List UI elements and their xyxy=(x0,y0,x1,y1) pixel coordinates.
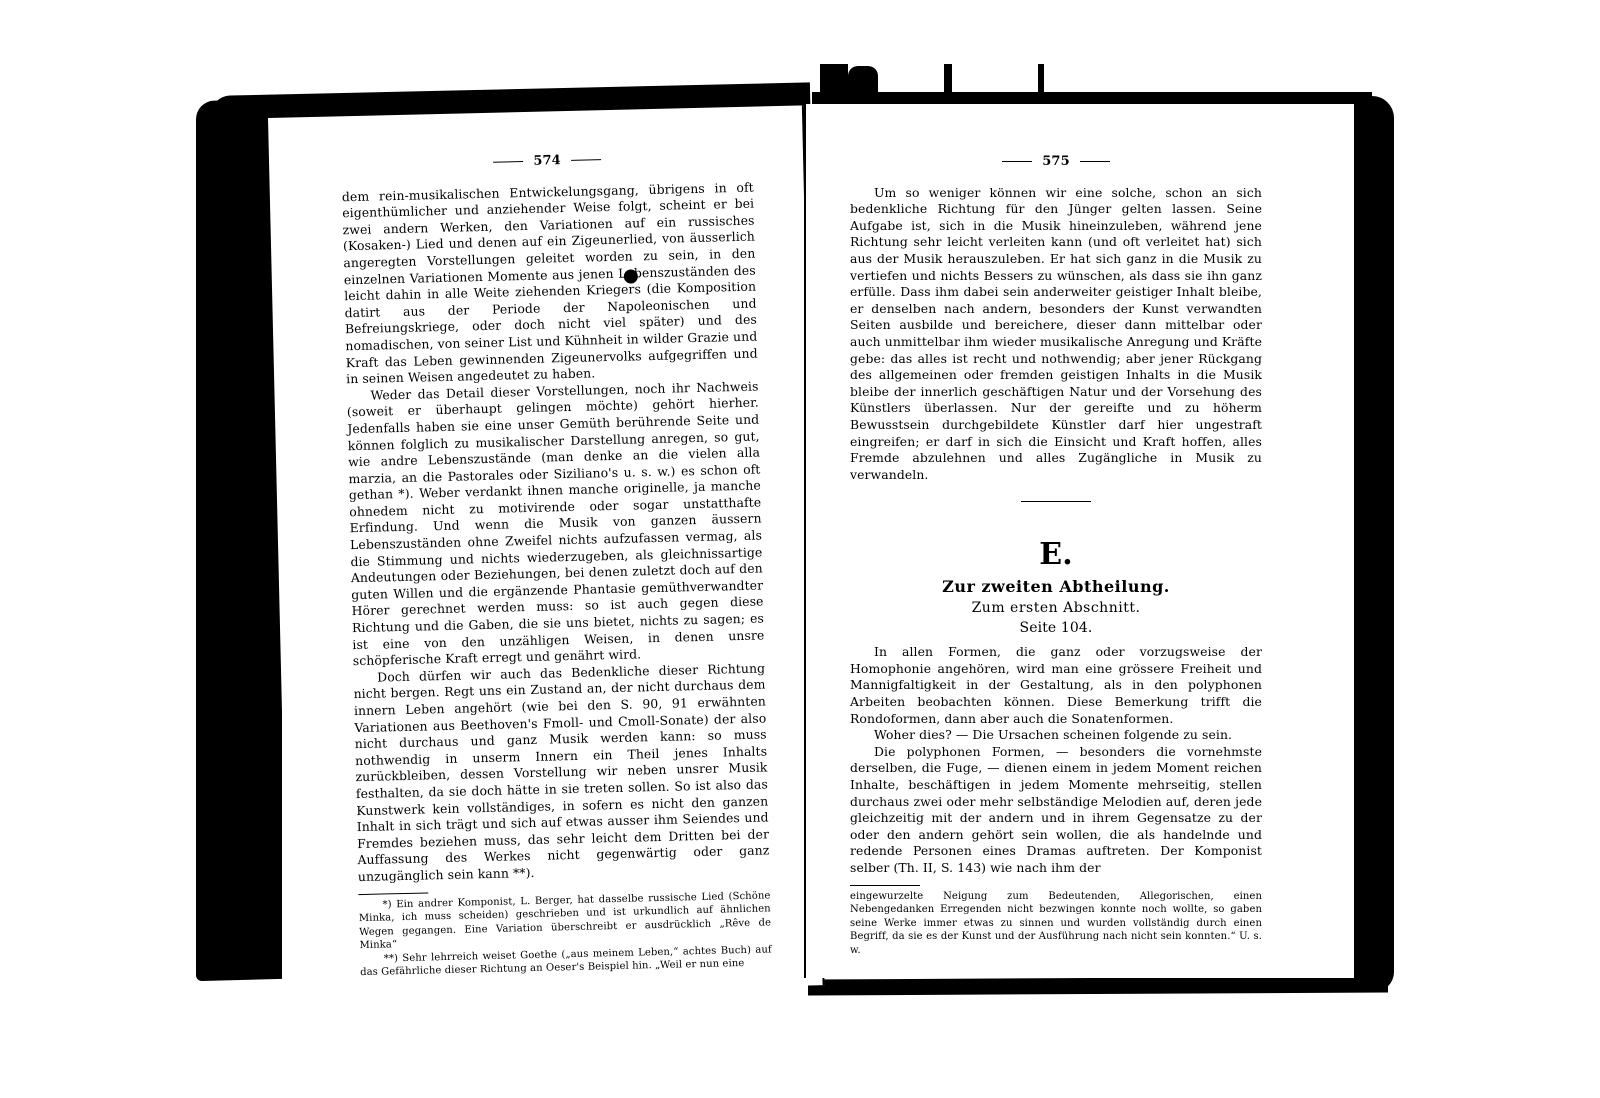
left-page: 574 dem rein-musikalischen Entwickelungs… xyxy=(268,105,825,997)
paragraph: In allen Formen, die ganz oder vorzugswe… xyxy=(850,644,1262,727)
bookmark-tab xyxy=(944,64,952,104)
right-page-body: 575 Um so weniger können wir eine solche… xyxy=(850,154,1262,957)
book-edge-left xyxy=(196,99,282,981)
book-edge-bottom xyxy=(808,976,1388,995)
section-page-reference: Seite 104. xyxy=(850,618,1262,638)
paragraph: Um so weniger können wir eine solche, sc… xyxy=(850,185,1262,484)
footnote-rule xyxy=(850,885,920,886)
folio-dash xyxy=(493,161,523,163)
left-page-body: 574 dem rein-musikalischen Entwickelungs… xyxy=(341,149,772,980)
paragraph: dem rein-musikalischen Entwickelungsgang… xyxy=(342,179,759,388)
scanned-book-spread: 574 dem rein-musikalischen Entwickelungs… xyxy=(0,0,1600,1098)
page-number: 574 xyxy=(341,149,753,175)
appendix-letter: E. xyxy=(850,538,1262,572)
footnote-rule xyxy=(358,892,428,895)
right-page: 575 Um so weniger können wir eine solche… xyxy=(804,104,1354,978)
footnote: *) Ein andrer Komponist, L. Berger, hat … xyxy=(358,889,771,953)
folio-dash xyxy=(1002,161,1032,162)
section-subtitle: Zum ersten Abschnitt. xyxy=(850,598,1262,618)
folio-dash xyxy=(571,159,601,161)
bookmark-tab xyxy=(1038,64,1044,104)
page-number-text: 575 xyxy=(1042,154,1069,169)
folio-dash xyxy=(1080,161,1110,162)
footnotes: eingewurzelte Neigung zum Bedeutenden, A… xyxy=(850,890,1262,958)
paragraph: Weder das Detail dieser Vorstellungen, n… xyxy=(346,378,765,670)
paragraph: Doch dürfen wir auch das Bedenkliche die… xyxy=(353,660,770,885)
bookmark-tab xyxy=(820,64,848,104)
section-separator xyxy=(1021,501,1091,502)
footnotes: *) Ein andrer Komponist, L. Berger, hat … xyxy=(358,889,772,980)
bookmark-tab xyxy=(848,66,878,104)
page-number-text: 574 xyxy=(533,153,561,169)
paragraph: Die polyphonen Formen, — besonders die v… xyxy=(850,744,1262,877)
section-title: Zur zweiten Abtheilung. xyxy=(850,576,1262,598)
paragraph: Woher dies? — Die Ursachen scheinen folg… xyxy=(850,727,1262,744)
book-edge-right xyxy=(1350,96,1394,992)
footnote-continuation: eingewurzelte Neigung zum Bedeutenden, A… xyxy=(850,890,1262,958)
page-number: 575 xyxy=(850,154,1262,171)
